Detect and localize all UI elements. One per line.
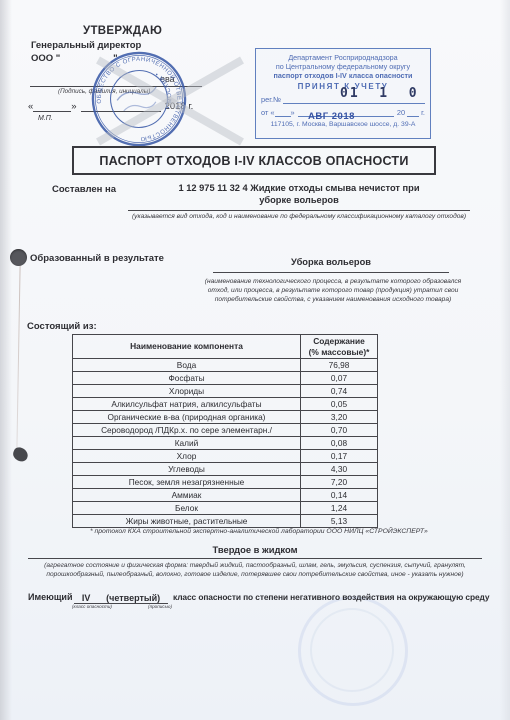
registration-number-stamped: 01 1 0: [340, 86, 419, 101]
approve-heading: УТВЕРЖДАЮ: [83, 25, 162, 37]
formed-by-underline: [213, 272, 449, 273]
punch-hole-bottom: [11, 446, 30, 464]
table-row: Аммиак0,14: [73, 489, 378, 502]
table-row: Углеводы4,30: [73, 463, 378, 476]
state-caption-line1: (агрегатное состояние и физическая форма…: [25, 561, 485, 570]
hazard-class-caption: (класс опасности): [72, 604, 112, 609]
document-title: ПАСПОРТ ОТХОДОВ I-IV КЛАССОВ ОПАСНОСТИ: [72, 146, 436, 175]
table-header-row: Наименование компонента Содержание (% ма…: [73, 335, 378, 359]
svg-text:• МОСКВА •: • МОСКВА •: [153, 68, 177, 112]
component-name-cell: Белок: [73, 502, 301, 515]
date-quote-close: »: [291, 108, 295, 117]
hazard-class-roman: IV: [82, 593, 91, 603]
formed-by-value: Уборка вольеров: [213, 257, 449, 267]
formed-by-label: Образованный в результате: [30, 253, 164, 264]
waste-passport-document: УТВЕРЖДАЮ Генеральный директор ООО " " е…: [0, 0, 510, 720]
component-value-cell: 0,17: [301, 450, 378, 463]
table-footnote: * протокол КХА строительной экспертно-ан…: [90, 528, 428, 535]
director-label: Генеральный директор: [31, 40, 141, 51]
waste-code-name-line1: 1 12 975 11 32 4 Жидкие отходы смыва неч…: [128, 183, 470, 193]
component-name-cell: Жиры животные, растительные: [73, 515, 301, 528]
component-value-cell: 0,14: [301, 489, 378, 502]
ghost-seal-inner-ring: [310, 608, 394, 692]
component-value-cell: 5,13: [301, 515, 378, 528]
composition-table-body: Вода76,98Фосфаты0,07Хлориды0,74Алкилсуль…: [73, 359, 378, 528]
table-row: Песок, земля незагрязненные7,20: [73, 476, 378, 489]
date-stamp-aug-2018: АВГ 2018: [308, 111, 355, 122]
table-row: Сероводород /ПДКр.х. по сере элементарн.…: [73, 424, 378, 437]
consisting-of-label: Состоящий из:: [27, 321, 97, 332]
paper-crease: [16, 265, 20, 450]
physical-state-underline: [28, 558, 482, 559]
state-caption-line2: порошкообразный, пылеобразный, волокно, …: [25, 570, 485, 579]
table-row: Белок1,24: [73, 502, 378, 515]
waste-code-name-line2: уборке вольеров: [128, 195, 470, 205]
component-value-cell: 0,70: [301, 424, 378, 437]
component-name-cell: Алкилсульфат натрия, алкилсульфаты: [73, 398, 301, 411]
svg-text:ОБЩЕСТВО С ОГРАНИЧЕННОЙ ОТВЕТС: ОБЩЕСТВО С ОГРАНИЧЕННОЙ ОТВЕТСТВЕННОСТЬЮ: [88, 48, 191, 151]
date-year-blank: [407, 107, 419, 117]
date-day-blank: [275, 107, 291, 117]
component-name-cell: Углеводы: [73, 463, 301, 476]
composed-on-label: Составлен на: [52, 184, 116, 195]
component-value-cell: 3,20: [301, 411, 378, 424]
component-name-cell: Песок, земля незагрязненные: [73, 476, 301, 489]
punch-hole-top: [10, 249, 27, 266]
component-value-cell: 76,98: [301, 359, 378, 372]
table-row: Хлориды0,74: [73, 385, 378, 398]
date-from-label: от «: [261, 108, 275, 117]
content-header-line1: Содержание: [301, 336, 377, 346]
formed-caption-line1: (наименование технологического процесса,…: [180, 277, 486, 286]
component-name-cell: Хлор: [73, 450, 301, 463]
table-row: Органические в-ва (природная органика)3,…: [73, 411, 378, 424]
waste-name-caption: (указывается вид отхода, код и наименова…: [128, 213, 470, 220]
table-row: Алкилсульфат натрия, алкилсульфаты0,05: [73, 398, 378, 411]
seal-inner-scribble: [116, 86, 157, 102]
physical-state-caption: (агрегатное состояние и физическая форма…: [25, 561, 485, 579]
component-value-cell: 0,08: [301, 437, 378, 450]
registry-passport-line: паспорт отходов I-IV класса опасности: [261, 71, 425, 80]
hazard-prefix: Имеющий: [28, 592, 72, 602]
physical-state-value: Твердое в жидком: [28, 544, 482, 555]
registry-dept-line2: по Центральному федеральному округу: [261, 62, 425, 71]
table-row: Фосфаты0,07: [73, 372, 378, 385]
content-column-header: Содержание (% массовые)*: [301, 335, 378, 359]
composition-table: Наименование компонента Содержание (% ма…: [72, 334, 378, 528]
seal-mark-label: М.П.: [38, 115, 53, 122]
component-name-cell: Аммиак: [73, 489, 301, 502]
component-value-cell: 0,07: [301, 372, 378, 385]
component-name-cell: Органические в-ва (природная органика): [73, 411, 301, 424]
formed-caption-line3: потребительские свойства, с указанием на…: [180, 295, 486, 304]
component-value-cell: 4,30: [301, 463, 378, 476]
component-name-cell: Хлориды: [73, 385, 301, 398]
component-value-cell: 1,24: [301, 502, 378, 515]
date-day-blank: [33, 100, 71, 112]
date-g-label: г.: [421, 108, 425, 117]
component-column-header: Наименование компонента: [73, 335, 301, 359]
table-row: Хлор0,17: [73, 450, 378, 463]
component-value-cell: 0,74: [301, 385, 378, 398]
quote-close: »: [71, 101, 76, 112]
date-20-label: 20: [397, 108, 405, 117]
component-value-cell: 7,20: [301, 476, 378, 489]
component-name-cell: Калий: [73, 437, 301, 450]
table-row: Калий0,08: [73, 437, 378, 450]
hazard-class-words: (четвертый): [106, 593, 160, 603]
registry-dept-line1: Департамент Росприроднадзора: [261, 53, 425, 62]
formed-by-caption: (наименование технологического процесса,…: [180, 277, 486, 304]
hazard-class-captions: (класс опасности) (прописью): [72, 604, 172, 609]
seal-inner-scribble: [123, 100, 157, 114]
hazard-class-entry: IV (четвертый): [74, 591, 168, 604]
component-name-cell: Фосфаты: [73, 372, 301, 385]
component-value-cell: 0,05: [301, 398, 378, 411]
formed-caption-line2: отход, или процесса, в результате которо…: [180, 286, 486, 295]
component-name-cell: Вода: [73, 359, 301, 372]
seal-ring-text: ОБЩЕСТВО С ОГРАНИЧЕННОЙ ОТВЕТСТВЕННОСТЬЮ: [88, 48, 191, 151]
table-row: Жиры животные, растительные5,13: [73, 515, 378, 528]
seal-bottom-text: • МОСКВА •: [153, 68, 177, 112]
component-name-cell: Сероводород /ПДКр.х. по сере элементарн.…: [73, 424, 301, 437]
table-row: Вода76,98: [73, 359, 378, 372]
regno-label: рег.№: [261, 95, 281, 104]
hazard-suffix: класс опасности по степени негативного в…: [173, 592, 489, 602]
hazard-words-caption: (прописью): [148, 604, 172, 609]
content-header-line2: (% массовые)*: [301, 347, 377, 357]
waste-name-underline: [128, 210, 470, 211]
